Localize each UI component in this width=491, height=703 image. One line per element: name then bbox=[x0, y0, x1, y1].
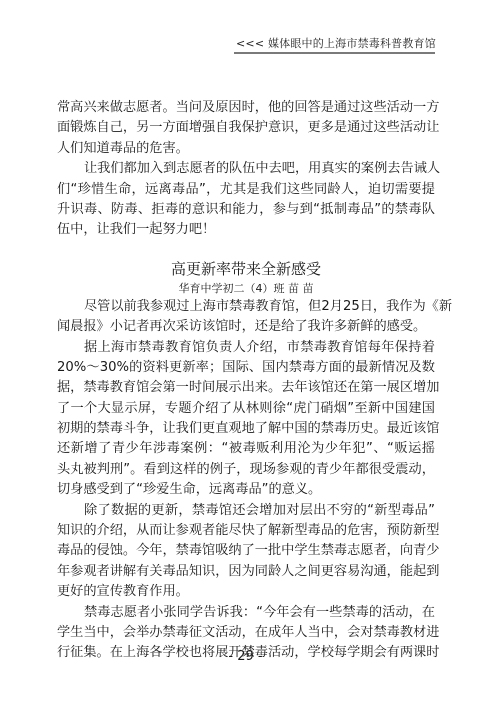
paragraph: 据上海市禁毒教育馆负责人介绍，市禁毒教育馆每年保持着 20%～30%的资料更新率… bbox=[57, 338, 435, 501]
page-body: 常高兴来做志愿者。当问及原因时，他的回答是通过这些活动一方 面锻炼自己，另一方面… bbox=[57, 98, 435, 664]
text-line: 们“珍惜生命，远离毒品”，尤其是我们这些同龄人，迫切需要提 bbox=[57, 180, 435, 200]
text-line: 年参观者讲解有关毒品知识，因为同龄人之间更容易沟通，能起到 bbox=[57, 562, 435, 582]
text-line: 常高兴来做志愿者。当问及原因时，他的回答是通过这些活动一方 bbox=[57, 98, 435, 118]
text-line: 还新增了青少年涉毒案例：“被毒贩利用沦为少年犯”、“贩运摇 bbox=[57, 439, 435, 459]
text-line: 了一个大显示屏，专题介绍了从林则徐“虎门硝烟”至新中国建国 bbox=[57, 399, 435, 419]
paragraph: 尽管以前我参观过上海市禁毒教育馆，但2月25日，我作为《新 闻晨报》小记者再次采… bbox=[57, 297, 435, 338]
text-line: 更好的宣传教育作用。 bbox=[57, 582, 435, 602]
text-line: 20%～30%的资料更新率；国际、国内禁毒方面的最新情况及数 bbox=[57, 358, 435, 378]
text-line: 学生当中，会举办禁毒征文活动，在成年人当中，会对禁毒教材进 bbox=[57, 623, 435, 643]
text-line: 切身感受到了“珍爱生命，远离毒品”的意义。 bbox=[57, 480, 435, 500]
running-header: <<< 媒体眼中的上海市禁毒科普教育馆 bbox=[236, 35, 434, 51]
text-line: 头丸被判刑”。看到这样的例子，现场参观的青少年都很受震动， bbox=[57, 460, 435, 480]
text-line: 让我们都加入到志愿者的队伍中去吧，用真实的案例去告诫人 bbox=[57, 159, 435, 179]
page-number: - 29 - bbox=[0, 649, 491, 664]
text-line: 禁毒志愿者小张同学告诉我：“今年会有一些禁毒的活动，在 bbox=[57, 603, 435, 623]
paragraph: 除了数据的更新，禁毒馆还会增加对层出不穷的“新型毒品” 知识的介绍，从而让参观者… bbox=[57, 501, 435, 603]
text-line: 知识的介绍，从而让参观者能尽快了解新型毒品的危害，预防新型 bbox=[57, 521, 435, 541]
text-line: 毒品的侵蚀。今年，禁毒馆吸纳了一批中学生禁毒志愿者，向青少 bbox=[57, 541, 435, 561]
paragraph: 常高兴来做志愿者。当问及原因时，他的回答是通过这些活动一方 面锻炼自己，另一方面… bbox=[57, 98, 435, 159]
article-byline: 华育中学初二（4）班 苗 苗 bbox=[57, 281, 435, 297]
article-title: 高更新率带来全新感受 bbox=[57, 257, 435, 281]
text-line: 升识毒、防毒、拒毒的意识和能力，参与到“抵制毒品”的禁毒队 bbox=[57, 200, 435, 220]
header-rule bbox=[234, 52, 435, 54]
text-line: 伍中，让我们一起努力吧！ bbox=[57, 220, 435, 240]
text-line: 闻晨报》小记者再次采访该馆时，还是给了我许多新鲜的感受。 bbox=[57, 317, 435, 337]
text-line: 面锻炼自己，另一方面增强自我保护意识，更多是通过这些活动让 bbox=[57, 118, 435, 138]
text-line: 初期的禁毒斗争，让我们更直观地了解中国的禁毒历史。最近该馆 bbox=[57, 419, 435, 439]
paragraph: 让我们都加入到志愿者的队伍中去吧，用真实的案例去告诫人 们“珍惜生命，远离毒品”… bbox=[57, 159, 435, 241]
text-line: 除了数据的更新，禁毒馆还会增加对层出不穷的“新型毒品” bbox=[57, 501, 435, 521]
text-line: 人们知道毒品的危害。 bbox=[57, 139, 435, 159]
text-line: 尽管以前我参观过上海市禁毒教育馆，但2月25日，我作为《新 bbox=[57, 297, 435, 317]
text-line: 据上海市禁毒教育馆负责人介绍，市禁毒教育馆每年保持着 bbox=[57, 338, 435, 358]
text-line: 据，禁毒教育馆会第一时间展示出来。去年该馆还在第一展区增加 bbox=[57, 378, 435, 398]
